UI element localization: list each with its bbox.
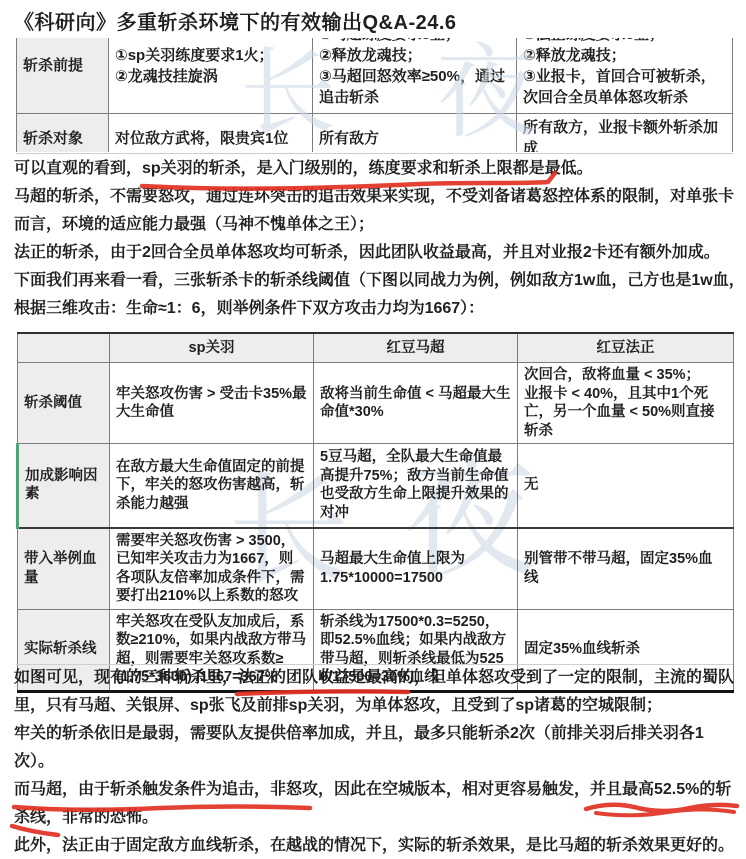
paragraph-line: 而马超，由于斩杀触发条件为追击，非怒攻，因此在空城版本，相对更容易触发，并且最高… [14,776,744,804]
paragraph-line: 而言，环境的适应能力最强（马神不愧单体之王）； [14,211,744,239]
header-cell-hongdou-machao: 红豆马超 [314,333,518,363]
row-label-kill-target: 斩杀对象 [17,114,109,153]
analysis-paragraphs-top: 可以直观的看到，sp关羽的斩杀，是入门级别的，练度要求和斩杀上限都是最低。 马超… [14,155,744,323]
table-cell-fazheng: ①法正练度要求5豆； ②释放龙魂技； ③业报卡，首回合可被斩杀，次回合全员单体怒… [517,38,733,114]
paragraph-line: 杀线，非常的恐怖。 [14,804,744,832]
paragraph-line: 此外，法正由于固定敌方血线斩杀，在越战的情况下，实际的斩杀效果，是比马超的斩杀效… [14,832,744,859]
paragraph-line: 根据三维攻击：生命≈1：6，则举例条件下双方攻击力均为1667）： [14,295,744,323]
kill-threshold-table-wrap: sp关羽 红豆马超 红豆法正 斩杀阈值 牢关怒攻伤害 > 受击卡35%最大生命值… [16,332,734,693]
paragraph-line: 牢关的斩杀依旧是最弱，需要队友提供倍率加成，并且，最多只能斩杀2次（前排关羽后排… [14,720,744,748]
table-cell-machao: 所有敌方 [313,114,517,153]
paragraph-line: 如图可见，现有的三种斩杀里，法正的团队收益是最高的，但单体怒攻受到了一定的限制，… [14,664,744,692]
table-row: 斩杀前提 ①sp关羽练度要求1火； ②龙魂技挂旋涡 ①马超练度要求5豆； ②释放… [17,38,733,114]
table-row: 斩杀对象 对位敌方武将，限贵宾1位 所有敌方 所有敌方，业报卡额外斩杀加成 [17,114,733,153]
table-cell: 别管带不带马超，固定35%血线 [518,528,734,610]
table-cell: 牢关怒攻伤害 > 受击卡35%最大生命值 [110,363,314,444]
paragraph-line: 马超的斩杀，不需要怒攻，通过连环突击的追击效果来实现，不受刘备诸葛怒控体系的限制… [14,183,744,211]
table-cell-fazheng: 所有敌方，业报卡额外斩杀加成 [517,114,733,153]
table-cell: 敌将当前生命值 < 马超最大生命值*30% [314,363,518,444]
top-table-clip: 长 夜 斩杀前提 ①sp关羽练度要求1火； ②龙魂技挂旋涡 ①马超练度要求5豆；… [16,38,736,152]
analysis-paragraphs-bottom: 如图可见，现有的三种斩杀里，法正的团队收益是最高的，但单体怒攻受到了一定的限制，… [14,664,744,859]
kill-threshold-table: sp关羽 红豆马超 红豆法正 斩杀阈值 牢关怒攻伤害 > 受击卡35%最大生命值… [16,332,734,693]
table-cell: 次回合，敌将血量 < 35%； 业报卡 < 40%，且其中1个死亡，另一个血量 … [518,363,734,444]
table-cell: 需要牢关怒攻伤害 > 3500，已知牢关攻击力为1667，则各项队友倍率加成条件… [110,528,314,610]
table-cell: 马超最大生命值上限为 1.75*10000=17500 [314,528,518,610]
paragraph-line: 可以直观的看到，sp关羽的斩杀，是入门级别的，练度要求和斩杀上限都是最低。 [14,155,744,183]
paragraph-line: 次）。 [14,748,744,776]
table-cell: 5豆马超，全队最大生命值最高提升75%；敌方当前生命值也受敌方生命上限提升效果的… [314,444,518,528]
table-cell-sp-guanyu: ①sp关羽练度要求1火； ②龙魂技挂旋涡 [109,38,313,114]
row-label-example-hp: 带入举例血量 [18,528,110,610]
header-cell-sp-guanyu: sp关羽 [110,333,314,363]
table-row: 斩杀阈值 牢关怒攻伤害 > 受击卡35%最大生命值 敌将当前生命值 < 马超最大… [18,363,734,444]
divider-line [16,153,733,154]
table-cell: 无 [518,444,734,528]
table-header-row: sp关羽 红豆马超 红豆法正 [18,333,734,363]
table-cell: 在敌方最大生命值固定的前提下，牢关的怒攻伤害越高，斩杀能力越强 [110,444,314,528]
table-row: 带入举例血量 需要牢关怒攻伤害 > 3500，已知牢关攻击力为1667，则各项队… [18,528,734,610]
row-label-kill-threshold: 斩杀阈值 [18,363,110,444]
paragraph-line: 里，只有马超、关银屏、sp张飞及前排sp关羽，为单体怒攻，且受到了sp诸葛的空城… [14,692,744,720]
page-title: 《科研向》多重斩杀环境下的有效输出Q&A-24.6 [14,6,457,35]
kill-prerequisite-table: 斩杀前提 ①sp关羽练度要求1火； ②龙魂技挂旋涡 ①马超练度要求5豆； ②释放… [16,38,733,152]
header-cell-hongdou-fazheng: 红豆法正 [518,333,734,363]
row-label-bonus-factors: 加成影响因素 [18,444,110,528]
paragraph-line: 法正的斩杀，由于2回合全员单体怒攻均可斩杀，因此团队收益最高，并且对业报2卡还有… [14,239,744,267]
article-page: 《科研向》多重斩杀环境下的有效输出Q&A-24.6 长 夜 斩杀前提 ①sp关羽… [0,0,746,859]
table-cell-machao: ①马超练度要求5豆； ②释放龙魂技； ③马超回怒效率≥50%，通过追击斩杀 [313,38,517,114]
header-cell-empty [18,333,110,363]
table-row: 加成影响因素 在敌方最大生命值固定的前提下，牢关的怒攻伤害越高，斩杀能力越强 5… [18,444,734,528]
table-cell-sp-guanyu: 对位敌方武将，限贵宾1位 [109,114,313,153]
paragraph-line: 下面我们再来看一看，三张斩杀卡的斩杀线阈值（下图以同战力为例，例如敌方1w血，己… [14,267,744,295]
row-label-kill-prerequisite: 斩杀前提 [17,38,109,114]
